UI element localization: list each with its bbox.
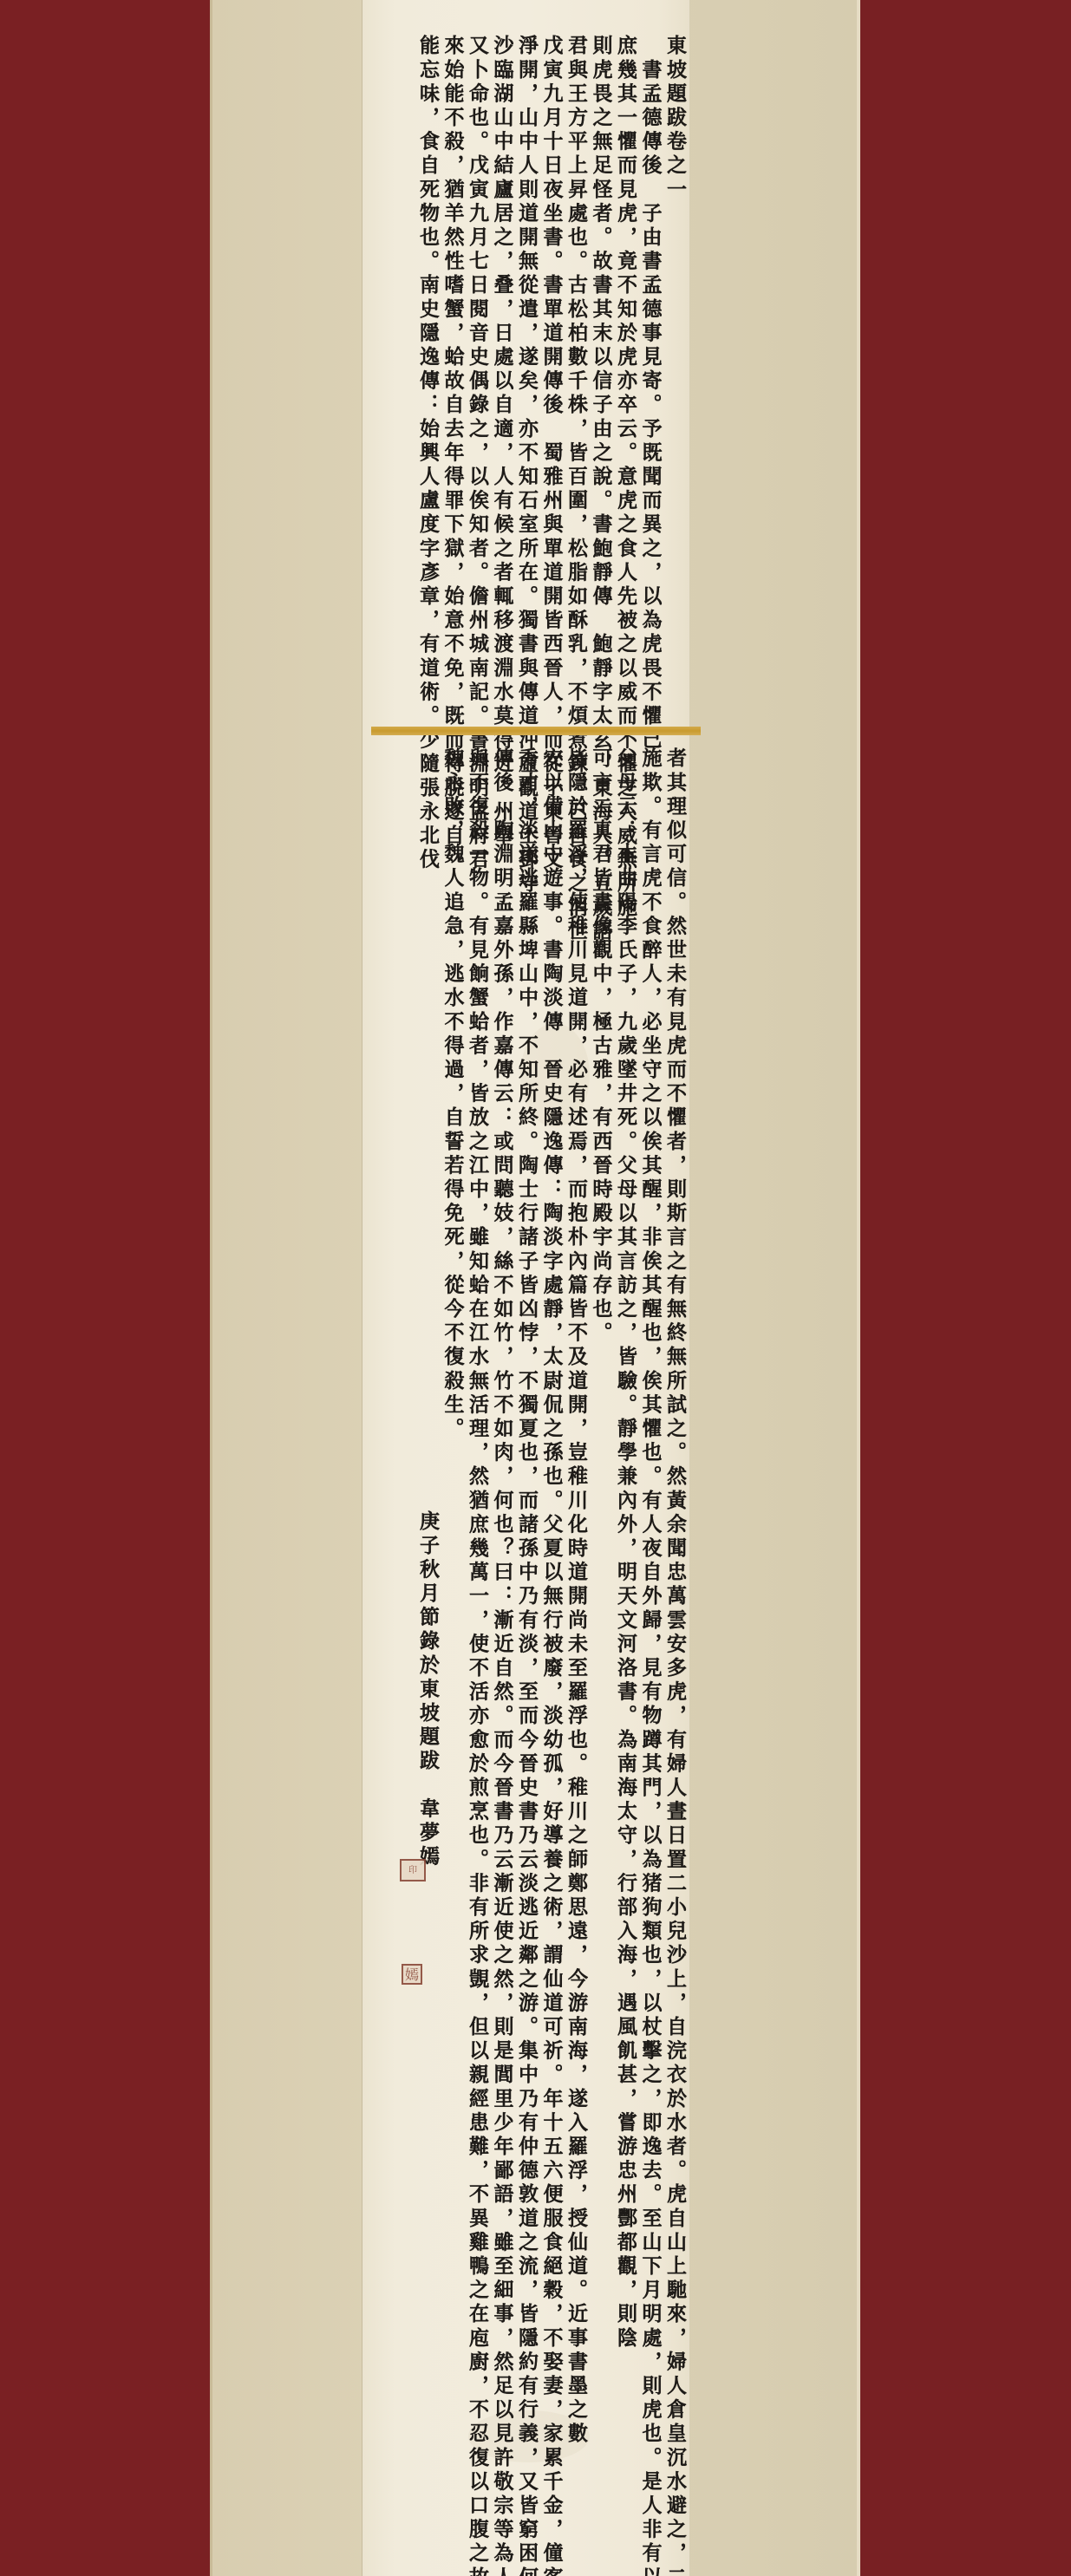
- outer-border-right: [860, 0, 1071, 2576]
- text-column: 者其理似可信。然世未有見虎而不懼者，則斯言之有無終無所試之。然黃余聞忠萬雲安多虎…: [663, 747, 688, 2551]
- text-column: 君與王方平上昇處也。古松柏數千株，皆百圍，松脂如酥乳，不煩煮鍊，已自食之消世: [564, 35, 589, 721]
- text-column: 來始能不殺，猶羊然性嗜蟹，蛤故自去年得罪下獄，始意不免，既而得脫遂自: [440, 35, 465, 721]
- text-column: 與不復殺一物。有見餉蟹蛤者，皆放之江中，雖知蛤在江水無活理，然猶庶幾萬一，使不活…: [465, 747, 490, 2551]
- text-column: 安以備山中遊事。書陶淡傳 晉史隱逸傳：陶淡字處靜，太尉侃之孫也。父夏以無行被廢，…: [539, 747, 564, 2551]
- text-column: 沙臨湖山中結廬居之，叠，日處以自適，人有候之者輒移渡淵水莫得近。州舉: [489, 35, 514, 721]
- text-column: 傳後 陶淵明孟嘉外孫，作嘉傳云：或問聽妓，絲不如竹，竹不如肉，何也？曰：漸近自然…: [489, 747, 514, 2551]
- text-column: 可言二真君皆畫像觀中，極古雅，有西晉時殿宇尚存也。: [588, 747, 613, 2551]
- name-seal-icon: 印: [400, 1859, 426, 1881]
- paper-edge-right: [689, 0, 690, 2576]
- text-column: 施欺。有言虎不食醉人，必坐守之以俟其醒，非俟其醒也，俟其懼也。有人夜自外歸，見有…: [637, 747, 663, 2551]
- upper-columns: 東坡題跋卷之一 書孟德傳後 子由書孟德事見寄。予既聞而異之，以為虎畏不懼己 庶幾…: [415, 35, 688, 721]
- mount-edge-right: [857, 0, 860, 2576]
- lower-columns: 者其理似可信。然世未有見虎而不懼者，則斯言之有無終無所試之。然黃余聞忠萬雲安多虎…: [415, 747, 688, 2551]
- text-column: 庶幾其一懼而見虎，竟不知於虎亦卒云。意虎之食人先被之以威而不懼之人威無所施: [613, 35, 638, 721]
- text-column: 淨開，山中人則道開無從遣，遂矣，亦不知石室所在。獨書與傳道沖虛觀道士鄧守: [514, 35, 539, 721]
- text-column: 戊寅九月十日夜坐書。書單道開傳後 蜀雅州與單道開皆西晉人，而從于東晉文: [539, 35, 564, 721]
- text-column: 魏永敗，魏人追急，逃水不得過，自誓若得免死，從今不復殺生。: [440, 747, 465, 2551]
- text-column: 父母云：本曲陽李氏子，九歲墜井死。父母以其言訪之，皆驗。靜學兼內外，明天文河洛書…: [613, 747, 638, 2551]
- colophon-text: 庚子秋月節錄於東坡題跋: [416, 1510, 440, 1774]
- text-column: 又卜命也。戊寅九月七日閱音史偶錄之，以俟知者。儋州城南記。書淵明孟府君: [465, 35, 490, 721]
- text-column: 皆隱於羅浮，使稚川見道開，必有述焉，而抱朴內篇皆不及道開，豈稚川化時道開尚未至羅…: [564, 747, 589, 2551]
- outer-border-left: [0, 0, 210, 2576]
- lower-text-section: 者其理似可信。然世未有見虎而不懼者，則斯言之有無終無所試之。然黃余聞忠萬雲安多虎…: [375, 747, 687, 2551]
- colophon-column: 庚子秋月節錄於東坡題跋 韋夢嫣: [415, 747, 441, 2551]
- text-column: 能忘味，食自死物也。南史隱逸傳：始興人盧度字彥章，有道術。少隨張永北伐: [415, 35, 441, 721]
- style-seal-icon: 嫣: [402, 1964, 422, 1985]
- text-column: 東坡題跋卷之一: [663, 35, 688, 721]
- mount-edge-left: [210, 0, 212, 2576]
- gold-separator-band: [371, 727, 701, 735]
- upper-text-section: 東坡題跋卷之一 書孟德傳後 子由書孟德事見寄。予既聞而異之，以為虎畏不懼己 庶幾…: [375, 35, 687, 721]
- text-column: 秀才，淡遂逃羅縣埤山中，不知所終。陶士行諸子皆凶悖，不獨夏也，而諸孫中乃有淡，至…: [514, 747, 539, 2551]
- text-column: 書孟德傳後 子由書孟德事見寄。予既聞而異之，以為虎畏不懼己: [637, 35, 663, 721]
- paper-edge-left: [362, 0, 362, 2576]
- text-column: 則虎畏之無足怪者。故書其末以信子由之說。書鮑靜傳 鮑靜字太玄，東海人。五歲語: [588, 35, 613, 721]
